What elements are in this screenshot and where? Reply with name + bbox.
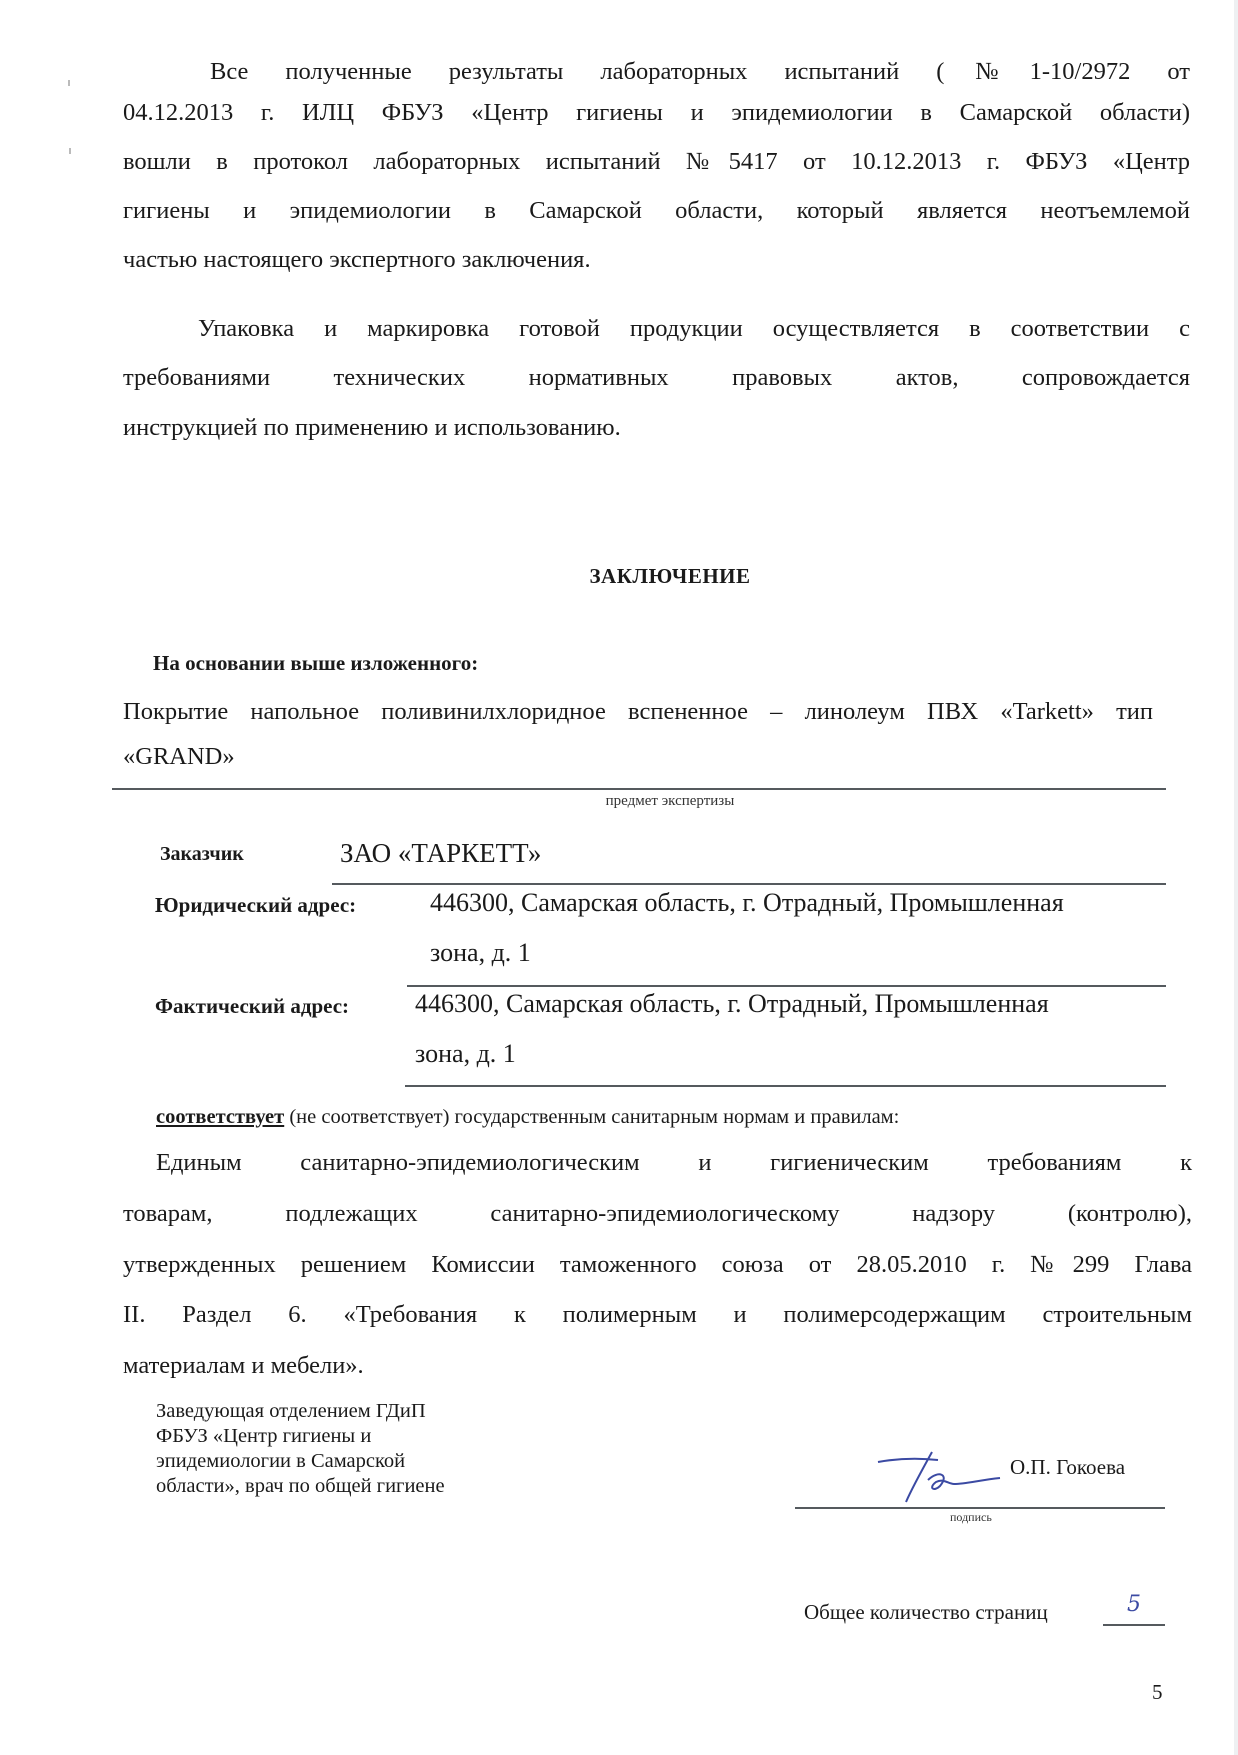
position-line: Заведующая отделением ГДиП [156, 1400, 426, 1423]
paragraph-line: материалам и мебели». [123, 1351, 364, 1381]
signature-rule [795, 1507, 1165, 1509]
position-line: эпидемиологии в Самарской [156, 1450, 405, 1473]
paragraph-line: Упаковка и маркировка готовой продукции … [198, 314, 1190, 344]
complies-rest: (не соответствует) государственным санит… [284, 1106, 899, 1128]
subject-rule [112, 788, 1166, 790]
paragraph-line: Все полученные результаты лабораторных и… [210, 57, 1190, 87]
legal-address-line: зона, д. 1 [430, 938, 531, 968]
paragraph-line: требованиями технических нормативных пра… [123, 363, 1190, 393]
complies-word: соответствует [156, 1106, 284, 1128]
paragraph-line: Единым санитарно-эпидемиологическим и ги… [156, 1148, 1192, 1178]
scan-mark [68, 80, 70, 86]
total-pages-value: 5 [1127, 1592, 1141, 1617]
legal-address-line: 446300, Самарская область, г. Отрадный, … [430, 888, 1064, 918]
position-line: области», врач по общей гигиене [156, 1475, 445, 1498]
subject-line: Покрытие напольное поливинилхлоридное вс… [123, 697, 1153, 727]
total-pages-rule [1103, 1624, 1165, 1626]
actual-address-line: зона, д. 1 [415, 1039, 516, 1069]
page-edge [1234, 0, 1238, 1755]
customer-value: ЗАО «ТАРКЕТТ» [340, 838, 541, 869]
paragraph-line: вошли в протокол лабораторных испытаний … [123, 147, 1190, 177]
paragraph-line: II. Раздел 6. «Требования к полимерным и… [123, 1300, 1192, 1330]
paragraph-line: 04.12.2013 г. ИЛЦ ФБУЗ «Центр гигиены и … [123, 98, 1190, 128]
page-number: 5 [1152, 1680, 1163, 1705]
scan-mark [69, 148, 71, 154]
complies-line: соответствует (не соответствует) государ… [156, 1106, 899, 1129]
actual-address-line: 446300, Самарская область, г. Отрадный, … [415, 989, 1049, 1019]
signatory-name: О.П. Гокоева [1010, 1455, 1125, 1480]
paragraph-line: частью настоящего экспертного заключения… [123, 245, 591, 275]
signature-caption: подпись [950, 1510, 992, 1525]
basis-label: На основании выше изложенного: [153, 651, 478, 676]
customer-label: Заказчик [160, 843, 244, 866]
legal-address-label: Юридический адрес: [155, 893, 356, 918]
paragraph-line: гигиены и эпидемиологии в Самарской обла… [123, 196, 1190, 226]
paragraph-line: утвержденных решением Комиссии таможенно… [123, 1250, 1192, 1280]
conclusion-heading: ЗАКЛЮЧЕНИЕ [0, 564, 1238, 589]
paragraph-line: инструкцией по применению и использовани… [123, 413, 621, 443]
customer-rule [332, 883, 1166, 885]
subject-line: «GRAND» [123, 742, 235, 772]
position-line: ФБУЗ «Центр гигиены и [156, 1425, 371, 1448]
actual-address-rule [405, 1085, 1166, 1087]
paragraph-line: товарам, подлежащих санитарно-эпидемиоло… [123, 1199, 1192, 1229]
total-pages-label: Общее количество страниц [804, 1600, 1048, 1625]
subject-caption: предмет экспертизы [0, 793, 1238, 810]
actual-address-label: Фактический адрес: [155, 994, 349, 1019]
legal-address-rule [407, 985, 1166, 987]
handwritten-signature [870, 1440, 1010, 1510]
